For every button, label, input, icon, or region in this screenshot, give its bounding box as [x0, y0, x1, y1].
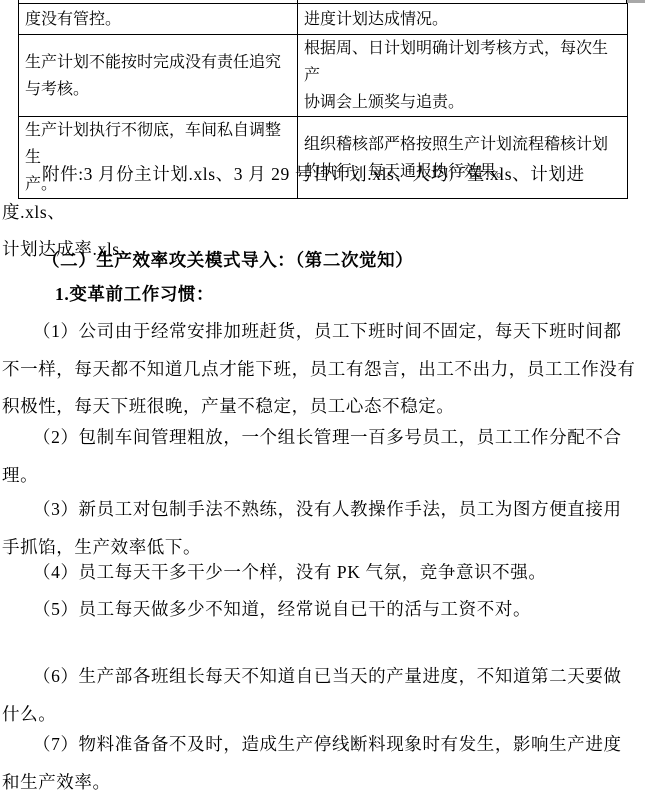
top-right-edge-artifact	[627, 0, 645, 3]
table-cell-issue: 度没有管控。	[19, 4, 298, 35]
table-row: 生产计划不能按时完成没有责任追究 与考核。 根据周、日计划明确计划考核方式，每次…	[19, 35, 628, 117]
paragraph-item-7: （7）物料准备备不及时，造成生产停线断料现象时有发生，影响生产进度 和生产效率。	[2, 726, 643, 794]
table-row: 度没有管控。 进度计划达成情况。	[19, 4, 628, 35]
table-cell-countermeasure: 根据周、日计划明确计划考核方式，每次生产 协调会上颁奖与追责。	[298, 35, 628, 117]
section-heading: （二）生产效率攻关模式导入：（第二次觉知）	[2, 242, 643, 280]
subsection-heading: 1.变革前工作习惯：	[2, 276, 643, 314]
paragraph-item-5: （5）员工每天做多少不知道，经常说自已干的活与工资不对。	[2, 591, 643, 629]
table-cell-issue: 生产计划不能按时完成没有责任追究 与考核。	[19, 35, 298, 117]
paragraph-item-2: （2）包制车间管理粗放，一个组长管理一百多号员工，员工工作分配不合 理。	[2, 419, 643, 494]
table-cell-countermeasure: 进度计划达成情况。	[298, 4, 628, 35]
paragraph-item-6: （6）生产部各班组长每天不知道自已当天的产量进度，不知道第二天要做 什么。	[2, 658, 643, 733]
paragraph-item-1: （1）公司由于经常安排加班赶货，员工下班时间不固定，每天下班时间都 不一样，每天…	[2, 313, 643, 426]
paragraph-item-4: （4）员工每天干多干少一个样，没有 PK 气氛，竞争意识不强。	[2, 554, 643, 592]
document-page: 度没有管控。 进度计划达成情况。 生产计划不能按时完成没有责任追究 与考核。 根…	[0, 0, 645, 794]
